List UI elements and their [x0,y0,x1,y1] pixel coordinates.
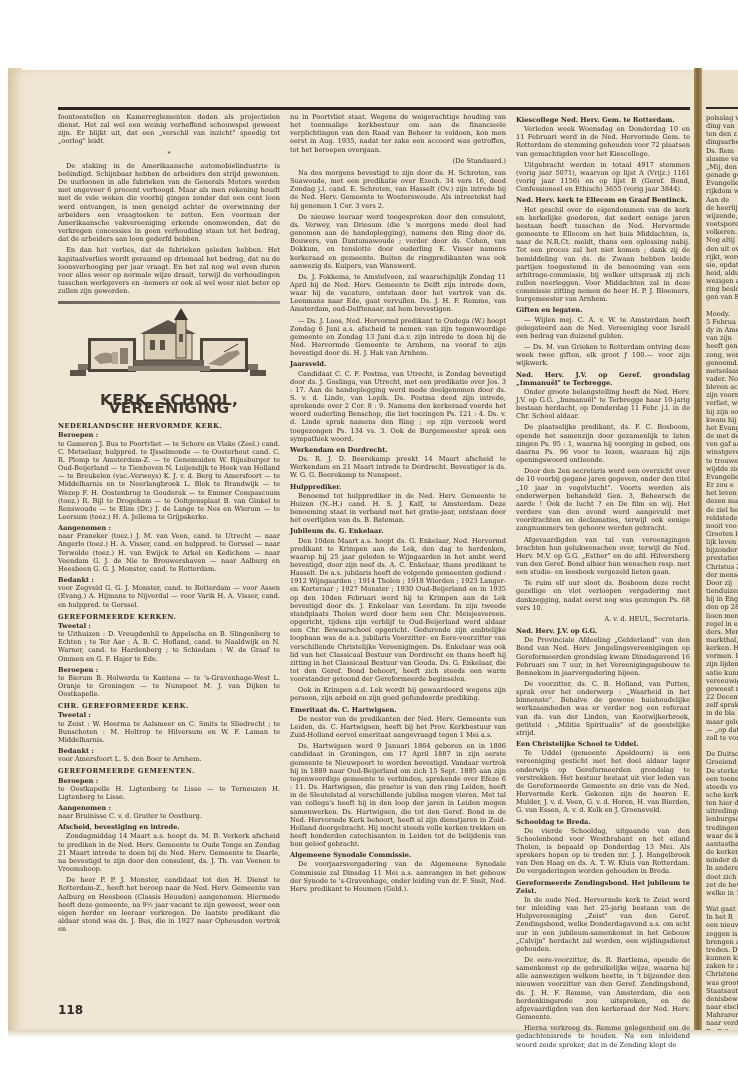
article-heading: Emeritaat ds. C. Hartwigsen. [290,706,506,714]
fragment-line: rijkt, word [706,253,738,261]
fragment-line: een toenem [706,775,738,783]
article-paragraph: En dan het verlies, dat de fabrieken gel… [58,246,280,295]
fragment-line: uitredingen [706,807,738,815]
article-paragraph: Ds. R. J. D. Beerekamp preekt 14 Maart a… [290,455,506,479]
fragment-line: tienduizen [706,587,738,595]
article-heading: Giften en legaten. [516,306,690,314]
fragment-line: brengen aa [706,938,738,946]
fragment-line: waar de ke [706,832,738,840]
article-paragraph: Na des morgens bevestigd te zijn door ds… [290,169,506,210]
article-heading: Jaarsveld. [290,360,506,368]
fragment-line: 5 Februa [706,318,738,326]
article-heading: Jubileum ds. G. Enkelaar. [290,527,506,535]
article-paragraph: Ds. J. Fokkema, te Amstelveen, zal waars… [290,273,506,314]
group-label: Aangenomen : [58,804,280,812]
section-separator: * [58,150,280,158]
article-paragraph: Te ruim elf uur sloot ds. Bosboom deze r… [516,579,690,612]
fragment-line: — „op dat [706,726,738,734]
fragment-line: de kerken [706,848,738,856]
fragment-line: hij in Eng [706,595,738,603]
fragment-line: naar verde [706,1019,738,1027]
fragment-line: Groeiend g [706,758,738,766]
header-rule [58,107,690,110]
article-paragraph: foontoestellen en Kamerreglementen deden… [58,113,280,146]
fragment-line: vader. Nog [706,375,738,383]
article-paragraph: De voorjaarsvergadering van de Algemeene… [290,860,506,893]
fragment-line: Mahrarens [706,1011,738,1019]
fragment-line: zong, wor [706,351,738,359]
fragment-line [706,302,738,310]
fragment-line: der mensc [706,571,738,579]
fragment-line: wijzende, [706,212,738,220]
fragment-line: treden. Dr. [706,946,738,954]
article-heading: Werkendam en Dordrecht. [290,446,506,454]
fragment-line: Evangelie [706,179,738,187]
banner-rule [58,301,280,304]
article-source: (De Standaard.) [290,157,506,165]
fragment-line: bleven ac [706,383,738,391]
article-heading: Algemeene Synodale Commissie. [290,851,506,859]
next-page-top-rule [706,107,738,109]
article-heading: Kiescollege Ned. Herv. Gem. te Rotterdam… [516,116,690,124]
fragment-line: „Mij, den [706,163,738,171]
article-paragraph: Te Uddel (gemeente Apeldoorn) is een ver… [516,749,690,814]
fragment-line: in de bla [706,709,738,717]
article-paragraph: — Wijlen mej. C. A. v. W. te Amsterdam h… [516,316,690,340]
fragment-line: Staatsauto [706,987,738,995]
denomination-heading: NEDERLANDSCHE HERVORMDE KERK. [58,422,280,430]
article-paragraph: Candidaat C. C. F. Postma, van Utrecht, … [290,370,506,443]
group-text: te Uithuizen : D. Vreugdenhil te Appelsc… [58,630,280,663]
article-heading: Ned. Herv. J.V. op Geref. grondslag „Imm… [516,371,690,387]
fragment-line: hij zijn oo [706,408,738,416]
column-2: nu in Poortvliet staat. Wegens de weiger… [290,113,506,896]
article-paragraph: De eere-voorzitter, ds. R. Bartlema, ope… [516,956,690,1021]
fragment-line: genoemd. [706,359,738,367]
fragment-line: den uit ov [706,245,738,253]
article-paragraph: Den 10den Maart a.s. hoopt ds. G. Enkela… [290,537,506,684]
group-text: te Oostkapelle H. Ligtenberg te Lisse — … [58,785,280,801]
article-paragraph: De Provinciale Afdeeling „Gelderland" va… [516,636,690,677]
fragment-line: zelf sprak [706,701,738,709]
fragment-line: ten den z [706,130,738,138]
banner-title: KERK, SCHOOL, VEREENIGING [58,396,280,412]
fragment-line: zoll te vor [706,734,738,742]
fragment-line [706,742,738,750]
fragment-line: lenburgsche [706,815,738,823]
fragment-line: genade ge [706,171,738,179]
article-paragraph: De staking in de Amerikaansche automobie… [58,162,280,244]
fragment-line: geweest mo [706,685,738,693]
article-heading: Ned. Herv. J.V. op G.G. [516,627,690,635]
fragment-line: Christenen" [706,970,738,978]
fragment-line: satie kunn [706,669,738,677]
fragment-line: vereeuwigd [706,677,738,685]
next-page-fragment: polsslag vding vanten den zdingsarbeDs. … [702,70,738,1035]
fragment-line: Aan de [706,196,738,204]
fragment-line: Nog altij [706,236,738,244]
fragment-line: De sterke [706,767,738,775]
group-label: Beroepen : [58,431,280,439]
fragment-line: Grooten le [706,530,738,538]
fragment-line: heeft gen [706,342,738,350]
fragment-line: De Duitsch [706,750,738,758]
article-paragraph: Uitgebracht werden in totaal 4917 stemme… [516,161,690,194]
article-paragraph: Het geschil over de eigendommen van de k… [516,206,690,304]
fragment-line: markthal, [706,636,738,644]
fragment-line: zaken te z [706,962,738,970]
fragment-line: een nieuwe [706,921,738,929]
fragment-line: regel in ee [706,620,738,628]
fragment-line: In andere [706,864,738,872]
group-text: voor Amersfoort L. S. den Boer te Arnhem… [58,755,280,763]
fragment-line: steeds voor [706,783,738,791]
fragment-line: kerken. Ha [706,644,738,652]
fragment-line: lioen mens [706,612,738,620]
fragment-line: doet zich d [706,873,738,881]
fragment-line: ding van [706,122,738,130]
fragment-line [706,897,738,905]
group-text: naar Franeker (toez.) J. M. van Veen, ca… [58,532,280,573]
article-paragraph: Door den 2en secretaris werd een overzic… [516,467,690,532]
fragment-line: winstgeven [706,448,738,456]
fragment-line: ders. Men [706,628,738,636]
fragment-line: Christus Z [706,563,738,571]
article-heading: Afscheid, bevestiging en intrede. [58,823,280,831]
fragment-line: zijn voorm [706,391,738,399]
fragment-line: gen van E [706,293,738,301]
group-label: Aangenomen : [58,524,280,532]
fragment-line: In het R [706,913,738,921]
fragment-line: minder dan [706,856,738,864]
column-1: foontoestellen en Kamerreglementen deden… [58,113,280,936]
fragment-line: ten hier d [706,799,738,807]
column-3: Kiescollege Ned. Herv. Gem. te Rotterdam… [516,113,690,1052]
fragment-line: maar geloo [706,718,738,726]
article-heading: Gereformeerde Zendingsbond. Het jubileum… [516,879,690,895]
fragment-line: te trouwe [706,457,738,465]
fragment-line: de heerlij [706,204,738,212]
fragment-line: aantastbaa [706,840,738,848]
group-text: voor Zegveld G. G. J. Monster, cand. te … [58,584,280,608]
binding-gutter [694,68,702,1036]
fragment-line: sche kerk [706,791,738,799]
fragment-line: Wat gaat e [706,905,738,913]
article-paragraph: De plaatselijke predikant, ds. F. C. Bos… [516,423,690,464]
article-heading: Ned. Herv. kerk te Ellecom en Graaf Bent… [516,196,690,204]
fragment-line: dy in Ame [706,326,738,334]
article-heading: Hulpprediker. [290,483,506,491]
article-paragraph: De voorzitter, ds. C. B. Holland, van Pu… [516,680,690,737]
fragment-line: zijn lijdens [706,660,738,668]
group-label: Bedankt : [58,576,280,584]
strike-article: De staking in de Amerikaansche automobie… [58,162,280,296]
church-school-illustration-icon [68,308,268,393]
fragment-line: zeggen is, [706,930,738,938]
fragment-line: polsslag v [706,114,738,122]
fragment-line: van zijn [706,334,738,342]
fragment-line: dezen ma [706,497,738,505]
fragment-line: prestaties [706,554,738,562]
fragment-line: metselaar. [706,367,738,375]
article-paragraph: In de oude Ned. Hervormde kerk te Zeist … [516,896,690,953]
article-paragraph: De heer P. P. J. Monster, candidaat tot … [58,876,280,933]
group-label: Bedankt : [58,747,280,755]
article-paragraph: Onder groote belangstelling heeft de Ned… [516,388,690,421]
article-paragraph: Zondagmiddag 14 Maart a.s. hoopt ds. M. … [58,832,280,873]
article-paragraph: Benoemd tot hulpprediker in de Ned. Herv… [290,492,506,525]
fragment-line: heid, aldu [706,269,738,277]
fragment-line: naar elsche [706,1003,738,1011]
fragment-line: 22 Decem [706,693,738,701]
fragment-line: den op 28 [706,603,738,611]
kerk-school-vereeniging-banner: KERK, SCHOOL, VEREENIGING [58,308,280,418]
article-paragraph: De nestor van de predikanten der Ned. He… [290,715,506,739]
fragment-line: nooit voo [706,522,738,530]
fragment-line: welke in 1 [706,889,738,897]
article-paragraph: De nieuwe leeraar werd toegesproken door… [290,213,506,270]
fragment-line: denisbeweg [706,995,738,1003]
fragment-line: de met de [706,432,738,440]
group-label: Beroepen : [58,666,280,674]
fragment-line: rijkdom w [706,187,738,195]
fragment-line: kunnen ki [706,954,738,962]
article-paragraph: Verleden week Woensdag en Donderdag 10 e… [516,125,690,158]
article-paragraph: Ook in Krimpen a.d. Lek wordt hij gewaar… [290,686,506,702]
intro-article: foontoestellen en Kamerreglementen deden… [58,113,280,146]
group-text: te Bierum B. Holwerda te Kantens — te 's… [58,674,280,698]
group-text: naar Bruinisse C. v. d. Gruiter te Oostb… [58,812,280,820]
denomination-heading: CHR. GEREFORMEERDE KERK. [58,702,280,710]
fragment-line: reldsteden [706,514,738,522]
group-label: Tweetal : [58,622,280,630]
fragment-line: Ds. Rem [706,147,738,155]
fragment-line: sie, opdat [706,261,738,269]
group-text: te Gameren J. Bus te Poortvliet — te Sch… [58,440,280,522]
afscheid-article: Afscheid, bevestiging en intrede.Zondagm… [58,823,280,933]
article-paragraph: Ds. Hartwigsen werd 9 Januari 1864 gebor… [290,742,506,848]
denomination-heading: GEREFORMEERDE KERKEN. [58,613,280,621]
fragment-line: Evangelie. [706,473,738,481]
fragment-line: volkeren. [706,228,738,236]
fragment-line: slasme va [706,155,738,163]
group-text: te Zeist : W. Heerma te Aalsmeer en C. S… [58,720,280,744]
fragment-line: Moody. [706,310,738,318]
fragment-line: wezigen a [706,277,738,285]
fragment-line: het leven [706,489,738,497]
fragment-line: wijdde zic [706,465,738,473]
article-signature: A. v. d. HEUL, Secretaris. [516,615,690,623]
fragment-line: was groot [706,979,738,987]
fragment-line: kwam hij [706,416,738,424]
fragment-line: zet de bew [706,881,738,889]
group-label: Beroepen : [58,777,280,785]
fragment-line: Door zij [706,579,738,587]
next-page-text: polsslag vding vanten den zdingsarbeDs. … [706,114,738,1035]
denomination-heading: GEREFORMEERDE GEMEENTEN. [58,767,280,775]
article-paragraph: De vierde Schooldag, uitgaande van den S… [516,827,690,876]
fragment-line: verliet, wa [706,399,738,407]
fragment-line: vormen. H [706,652,738,660]
article-paragraph: — Ds. M. van Grieken te Rotterdam ontvin… [516,343,690,367]
page-number: 118 [58,1003,83,1017]
church-news-sections: NEDERLANDSCHE HERVORMDE KERK.Beroepen :t… [58,422,280,820]
fragment-line: Er zou e [706,481,738,489]
fragment-line: de ziel he [706,506,738,514]
group-label: Tweetal : [58,711,280,719]
fragment-line: bijzonder [706,546,738,554]
fragment-line: tredingen [706,824,738,832]
fragment-line: dingsarbe [706,138,738,146]
article-heading: Een Christelijke School te Uddel. [516,740,690,748]
article-heading: Schooldag te Breda. [516,818,690,826]
fragment-line: ring beslc [706,285,738,293]
fragment-line: het Evang [706,424,738,432]
fragment-line: lijk leven [706,538,738,546]
fragment-line: ven gaf aa [706,440,738,448]
article-paragraph: Afgevaardigden van tal van vereenigingen… [516,536,690,577]
fragment-line: voetsporen [706,220,738,228]
article-paragraph: Hierna verkreeg ds. Remme gelegenheid om… [516,1024,690,1048]
article-paragraph: — Ds. J. Loos, Ned. Hervormd predikant t… [290,317,506,358]
article-paragraph: nu in Poortvliet staat. Wegens de weiger… [290,113,506,154]
